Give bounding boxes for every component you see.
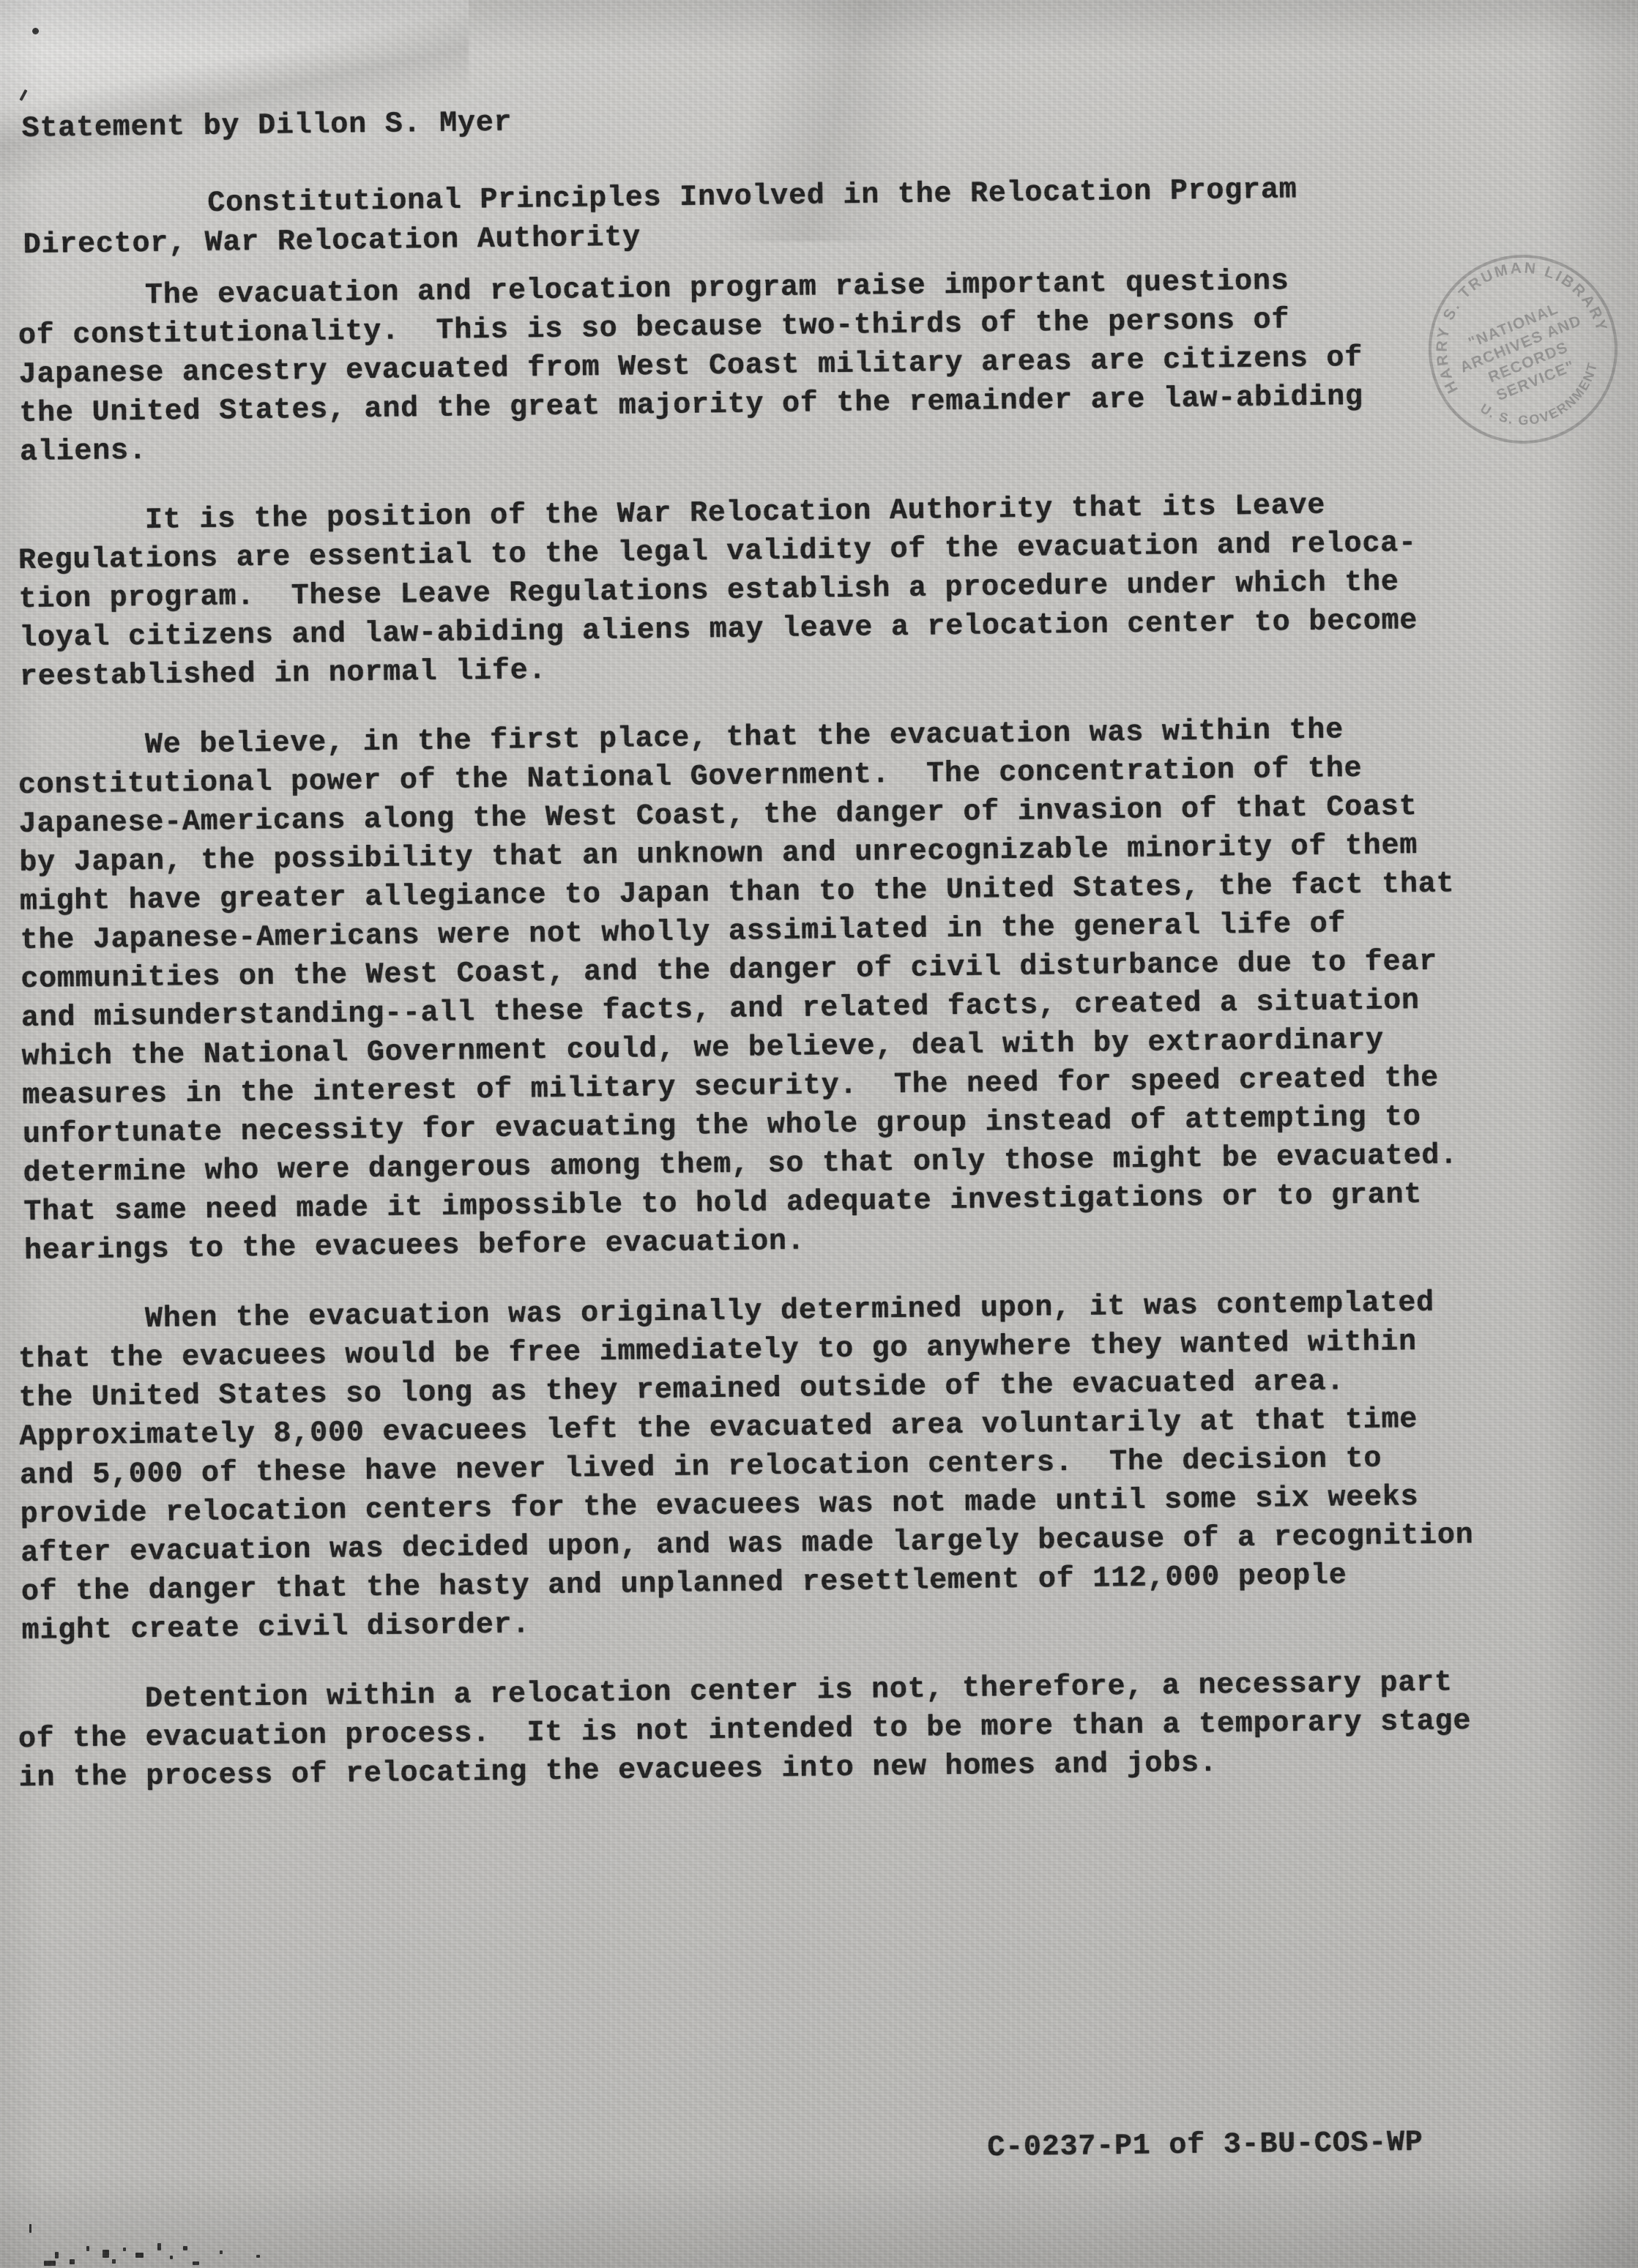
paragraph-2: It is the position of the War Relocation… [18,483,1616,697]
paper-speck [103,2250,109,2258]
paragraph-4: When the evacuation was originally deter… [18,1282,1618,1651]
header-line-role: Director, War Relocation Authority [23,218,641,265]
paper-speck [193,2261,199,2265]
paper-speck [70,2259,75,2264]
paper-speck [135,2253,144,2258]
paragraph-1: The evacuation and relocation program ra… [18,258,1616,472]
paper-speck [44,2261,56,2266]
paper-speck [55,2252,59,2258]
document-body: The evacuation and relocation program ra… [18,278,1614,1829]
paper-speck [220,2250,223,2254]
footer-reference-code: C-0237-P1 of 3-BU-COS-WP [987,2124,1423,2168]
paragraph-3: We believe, in the first place, that the… [18,708,1620,1271]
paragraph-5: Detention within a relocation center is … [18,1662,1615,1798]
header-line-author: Statement by Dillon S. Myer [21,102,639,149]
paper-speck [183,2246,187,2250]
paper-speck [29,2224,31,2233]
paper-speck [32,28,39,34]
document-page: Statement by Dillon S. Myer Director, Wa… [0,0,1638,2268]
paper-speck [256,2255,260,2258]
typed-text-layer: Statement by Dillon S. Myer Director, Wa… [0,0,1638,2268]
paper-speck [86,2246,89,2251]
paper-speck [170,2256,173,2259]
paper-speck [157,2243,161,2250]
paper-speck [112,2259,116,2264]
paper-speck [123,2248,126,2251]
